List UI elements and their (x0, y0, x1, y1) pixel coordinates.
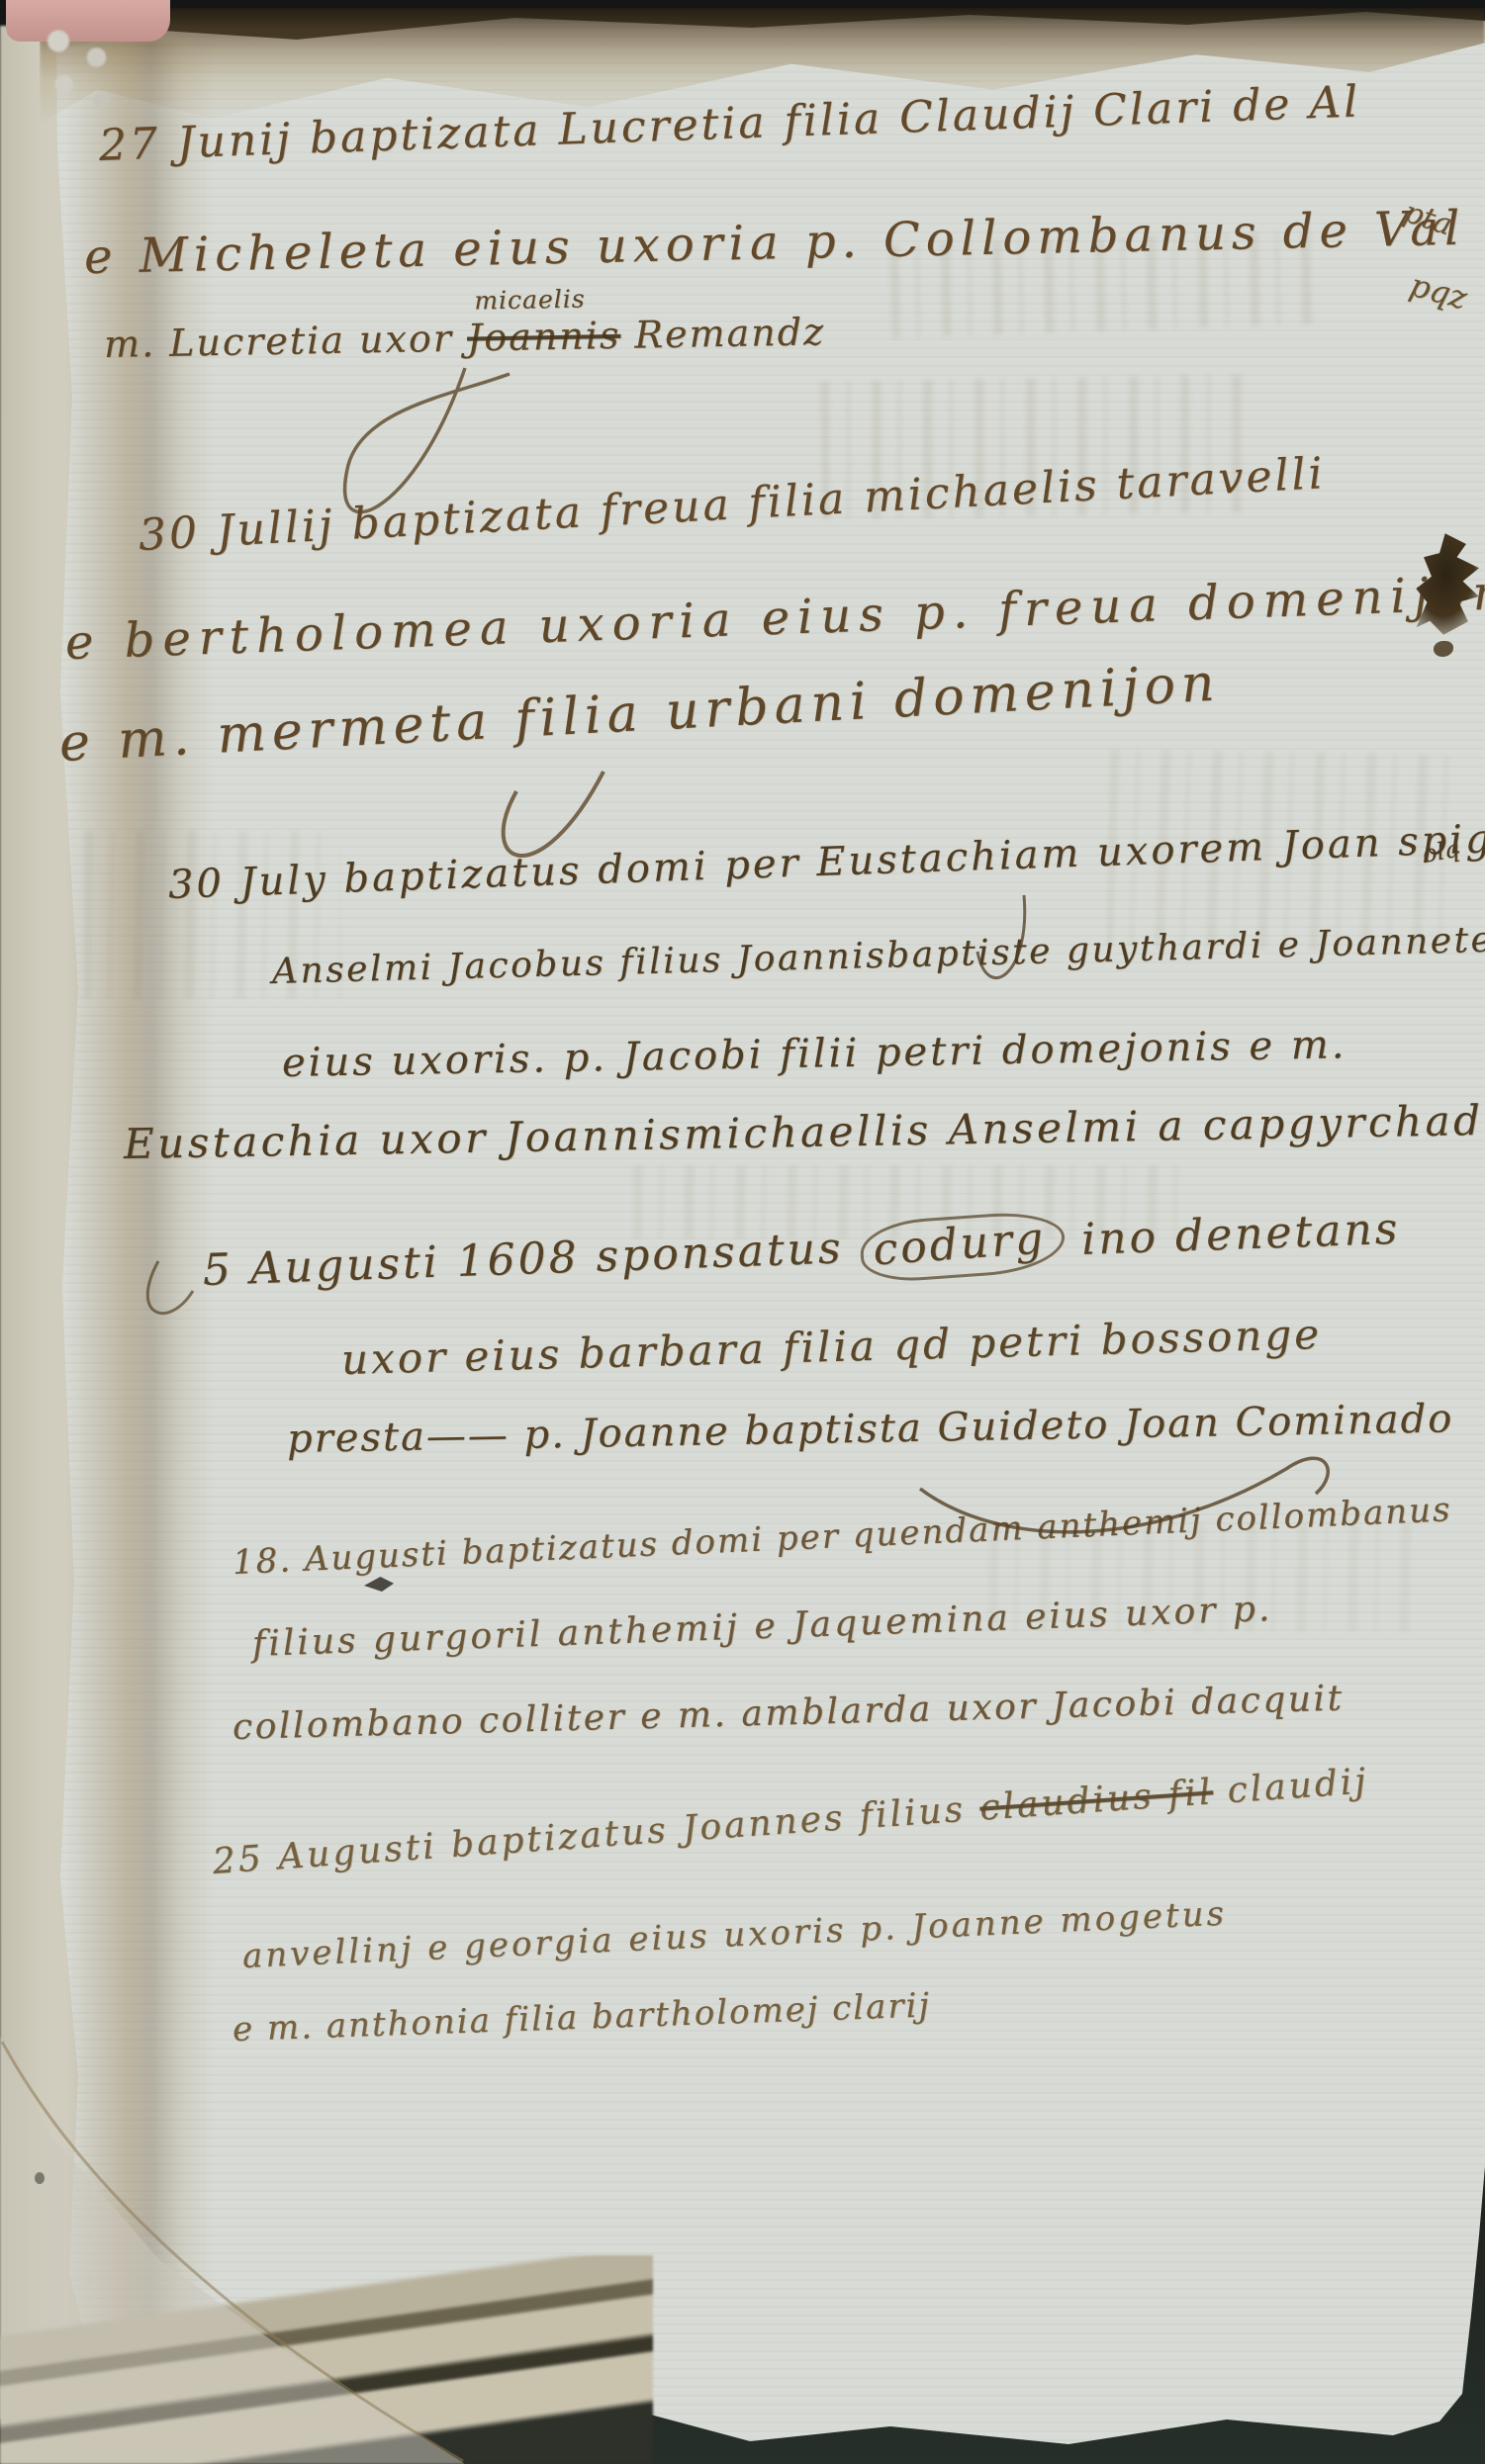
inserted-word: micaelis (474, 285, 586, 316)
encircled-word: codurg (858, 1209, 1067, 1284)
line-text: ino denetans (1080, 1204, 1401, 1265)
line-text: Remandz (634, 310, 825, 356)
manuscript-photo: 27 Junij baptizata Lucretia filia Claudi… (0, 0, 1485, 2464)
struck-word: Joannis (467, 314, 621, 360)
correction: micaelis Joannis (467, 314, 621, 360)
binding-gutter-crease (65, 40, 214, 2384)
line-text: m. Lucretia uxor (104, 317, 454, 366)
glare-blobs (26, 14, 135, 123)
